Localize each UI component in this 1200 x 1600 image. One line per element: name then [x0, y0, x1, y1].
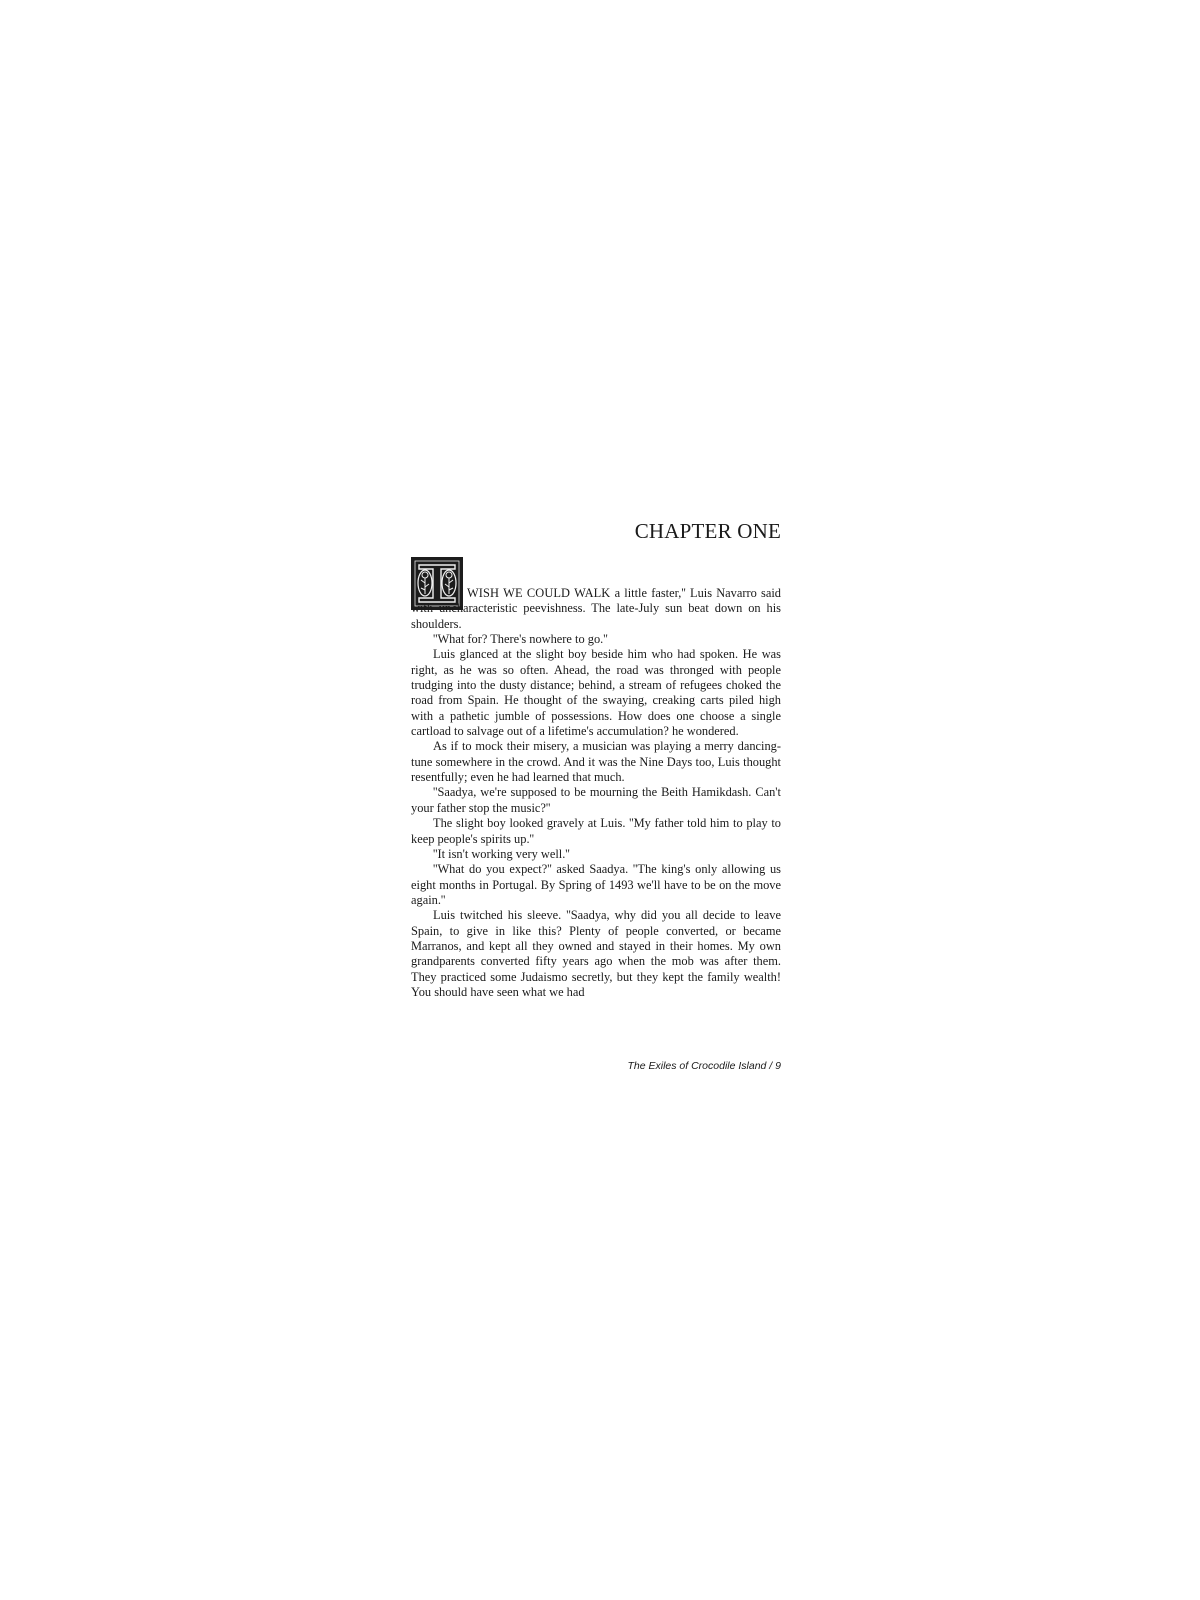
footer-separator: /: [766, 1060, 775, 1072]
chapter-body: WISH WE COULD WALK a little faster,'' Lu…: [411, 586, 781, 1000]
paragraph: Luis twitched his sleeve. ''Saadya, why …: [411, 908, 781, 1000]
book-title: The Exiles of Crocodile Island: [627, 1060, 766, 1072]
paragraph: The slight boy looked gravely at Luis. '…: [411, 816, 781, 847]
lead-in-caps: WISH WE COULD WALK: [467, 586, 610, 600]
paragraph: ''It isn't working very well.'': [411, 847, 781, 862]
paragraph: ''What for? There's nowhere to go.'': [411, 632, 781, 647]
chapter-title: CHAPTER ONE: [411, 519, 781, 544]
running-footer: The Exiles of Crocodile Island / 9: [411, 1060, 781, 1072]
paragraph: ''Saadya, we're supposed to be mourning …: [411, 785, 781, 816]
page-number: 9: [775, 1060, 781, 1072]
paragraph: As if to mock their misery, a musician w…: [411, 739, 781, 785]
paragraph: ''What do you expect?'' asked Saadya. ''…: [411, 862, 781, 908]
paragraph: Luis glanced at the slight boy beside hi…: [411, 647, 781, 739]
paragraph: WISH WE COULD WALK a little faster,'' Lu…: [411, 586, 781, 632]
